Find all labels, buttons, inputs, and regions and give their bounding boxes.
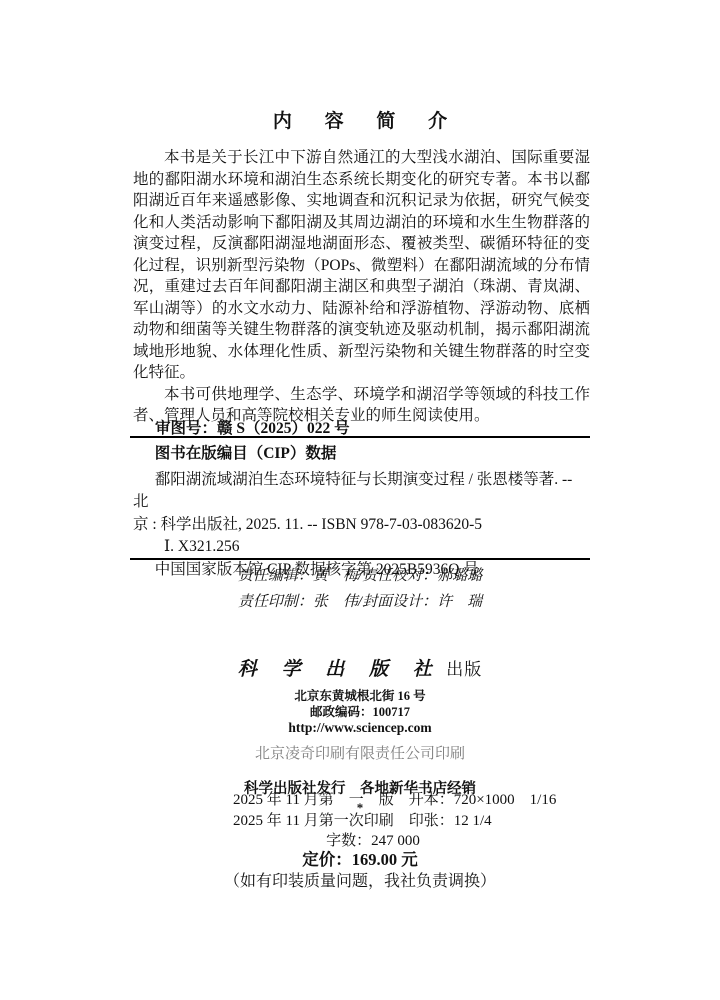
press-name-line: 科 学 出 版 社 出版 [0,658,720,681]
page-title: 内 容 简 介 [0,106,720,133]
press-postcode: 邮政编码：100717 [0,704,720,720]
summary-paragraph-1: 本书是关于长江中下游自然通江的大型浅水湖泊、国际重要湿地的鄱阳湖水环境和湖泊生态… [133,147,590,384]
divider-rule-top [130,436,590,438]
quality-exchange-note: （如有印装质量问题，我社负责调换） [0,868,720,891]
press-website: http://www.sciencep.com [0,720,720,736]
cip-isbn-line: 京 : 科学出版社, 2025. 11. -- ISBN 978-7-03-08… [133,514,590,537]
press-publish-label: 出版 [446,660,482,679]
cip-classification-line: Ⅰ. X321.256 [133,536,590,559]
book-summary: 本书是关于长江中下游自然通江的大型浅水湖泊、国际重要湿地的鄱阳湖水环境和湖泊生态… [133,147,590,427]
cip-title-line: 鄱阳湖流域湖泊生态环境特征与长期演变过程 / 张恩楼等著. -- 北 [133,469,590,514]
printing-line: 2025 年 11 月第一次印刷 印张：12 1/4 [233,811,513,832]
price-line: 定价：169.00 元 [0,846,720,870]
printing-company: 北京凌奇印刷有限责任公司印刷 [0,745,720,763]
edition-info-block: 2025 年 11 月第 一 版 开本：720×1000 1/16 2025 年… [233,790,513,852]
editor-proofreader-line: 责任编辑：黄 梅/责任校对：郝璐璐 [0,563,720,589]
cip-heading: 图书在版编目（CIP）数据 [133,443,590,466]
press-address: 北京东黄城根北街 16 号 [0,688,720,704]
cip-data-block: 图书在版编目（CIP）数据 鄱阳湖流域湖泊生态环境特征与长期演变过程 / 张恩楼… [133,443,590,581]
map-approval-number: 审图号：赣 S（2025）022 号 [155,416,350,438]
copyright-page: 内 容 简 介 本书是关于长江中下游自然通江的大型浅水湖泊、国际重要湿地的鄱阳湖… [0,0,720,1000]
edition-line: 2025 年 11 月第 一 版 开本：720×1000 1/16 [233,790,513,811]
staff-credits: 责任编辑：黄 梅/责任校对：郝璐璐 责任印制：张 伟/封面设计：许 瑞 [0,563,720,615]
printer-designer-line: 责任印制：张 伟/封面设计：许 瑞 [0,589,720,615]
divider-rule-bottom [130,558,590,560]
press-logotype: 科 学 出 版 社 [238,659,442,680]
